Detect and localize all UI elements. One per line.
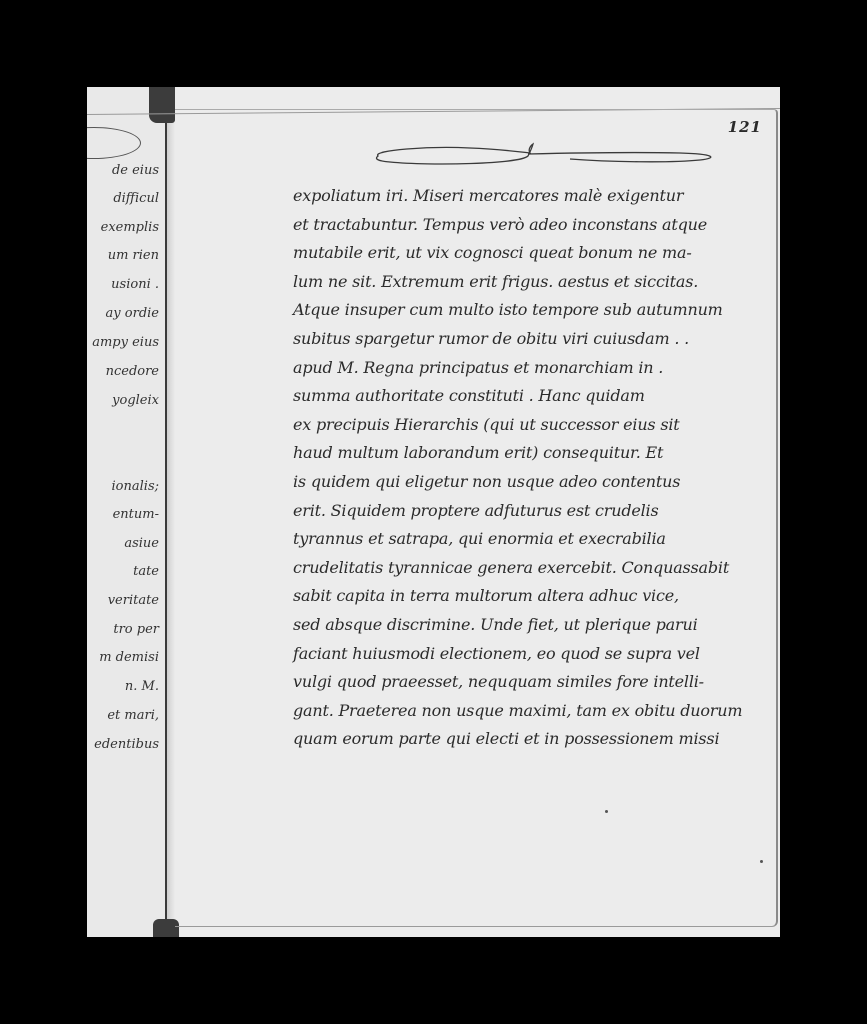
left-line: ay ordie bbox=[87, 306, 165, 321]
left-line: edentibus bbox=[87, 737, 165, 752]
left-line: yogleix bbox=[87, 393, 165, 408]
text-line: subitus spargetur rumor de obitu viri cu… bbox=[293, 325, 773, 354]
paper-speck bbox=[760, 860, 763, 863]
text-line: tyrannus et satrapa, qui enormia et exec… bbox=[293, 525, 773, 554]
left-line: difficul bbox=[87, 191, 165, 206]
left-page-text: de eius difficul exemplis um rien usioni… bbox=[87, 87, 165, 937]
left-line: usioni . bbox=[87, 277, 165, 292]
text-line: haud multum laborandum erit) consequitur… bbox=[293, 439, 773, 468]
left-line: asiue bbox=[87, 536, 165, 551]
left-line: tro per bbox=[87, 622, 165, 637]
text-line: sabit capita in terra multorum altera ad… bbox=[293, 582, 773, 611]
left-line: um rien bbox=[87, 248, 165, 263]
left-line: tate bbox=[87, 564, 165, 579]
left-line: entum- bbox=[87, 507, 165, 522]
text-line: vulgi quod praeesset, neququam similes f… bbox=[293, 668, 773, 697]
right-page: 121 expoliatum iri. Miseri mercatores ma… bbox=[175, 109, 778, 927]
text-line: quam eorum parte qui electi et in posses… bbox=[293, 725, 773, 754]
text-line: apud M. Regna principatus et monarchiam … bbox=[293, 354, 773, 383]
text-line: sed absque discrimine. Unde fiet, ut ple… bbox=[293, 611, 773, 640]
left-line: m demisi bbox=[87, 650, 165, 665]
paper-speck bbox=[605, 810, 608, 813]
left-line: veritate bbox=[87, 593, 165, 608]
left-line: n. M. bbox=[87, 679, 165, 694]
text-line: Atque insuper cum multo isto tempore sub… bbox=[293, 296, 773, 325]
manuscript-text: expoliatum iri. Miseri mercatores malè e… bbox=[293, 182, 773, 754]
text-line: crudelitatis tyrannicae genera exercebit… bbox=[293, 554, 773, 583]
left-line: ncedore bbox=[87, 364, 165, 379]
left-facing-page: de eius difficul exemplis um rien usioni… bbox=[87, 87, 165, 937]
left-line: et mari, bbox=[87, 708, 165, 723]
text-line: ex precipuis Hierarchis (qui ut successo… bbox=[293, 411, 773, 440]
text-line: expoliatum iri. Miseri mercatores malè e… bbox=[293, 182, 773, 211]
text-line: et tractabuntur. Tempus verò adeo incons… bbox=[293, 211, 773, 240]
folio-number: 121 bbox=[728, 118, 762, 136]
text-line: faciant huiusmodi electionem, eo quod se… bbox=[293, 640, 773, 669]
header-flourish-icon bbox=[370, 142, 720, 168]
left-line: exemplis bbox=[87, 220, 165, 235]
text-line: lum ne sit. Extremum erit frigus. aestus… bbox=[293, 268, 773, 297]
gutter-shadow bbox=[167, 87, 175, 937]
left-line: ionalis; bbox=[87, 479, 165, 494]
text-line: is quidem qui eligetur non usque adeo co… bbox=[293, 468, 773, 497]
binding-clip-top bbox=[149, 87, 175, 123]
left-line: ampy eius bbox=[87, 335, 165, 350]
text-line: mutabile erit, ut vix cognosci queat bon… bbox=[293, 239, 773, 268]
manuscript-scan: de eius difficul exemplis um rien usioni… bbox=[87, 87, 780, 937]
text-line: gant. Praeterea non usque maximi, tam ex… bbox=[293, 697, 773, 726]
text-line: summa authoritate constituti . Hanc quid… bbox=[293, 382, 773, 411]
left-line: de eius bbox=[87, 163, 165, 178]
binding-gutter bbox=[165, 87, 167, 937]
text-line: erit. Siquidem proptere adfuturus est cr… bbox=[293, 497, 773, 526]
